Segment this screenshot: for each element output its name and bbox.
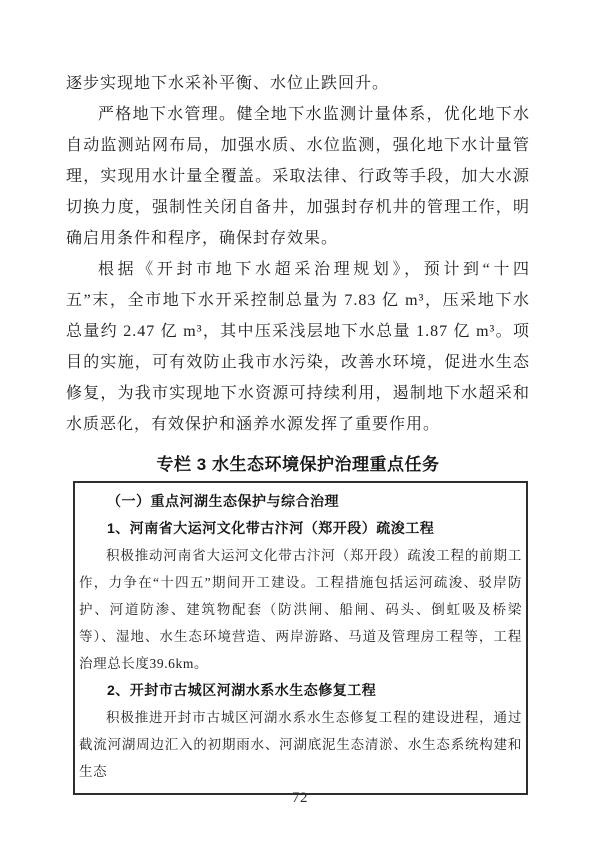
task-column-box: （一）重点河湖生态保护与综合治理 1、河南省大运河文化带古汴河（郑开段）疏浚工程… <box>73 481 528 795</box>
page-body: 逐步实现地下水采补平衡、水位止跌回升。 严格地下水管理。健全地下水监测计量体系，… <box>66 68 530 795</box>
document-page: 逐步实现地下水采补平衡、水位止跌回升。 严格地下水管理。健全地下水监测计量体系，… <box>0 0 600 848</box>
body-paragraph: 严格地下水管理。健全地下水监测计量体系，优化地下水自动监测站网布局，加强水质、水… <box>66 99 530 254</box>
section-paragraph: 积极推动河南省大运河文化带古汴河（郑开段）疏浚工程的前期工作，力争在“十四五”期… <box>79 542 522 677</box>
section-heading: （一）重点河湖生态保护与综合治理 <box>79 488 522 515</box>
page-number: 72 <box>0 790 600 807</box>
section-heading: 1、河南省大运河文化带古汴河（郑开段）疏浚工程 <box>79 515 522 542</box>
body-paragraph: 逐步实现地下水采补平衡、水位止跌回升。 <box>66 68 530 99</box>
section-paragraph: 积极推进开封市古城区河湖水系水生态修复工程的建设进程，通过截流河湖周边汇入的初期… <box>79 704 522 785</box>
column-box-title: 专栏 3 水生态环境保护治理重点任务 <box>66 450 530 475</box>
body-paragraph: 根据《开封市地下水超采治理规划》，预计到“十四五”末，全市地下水开采控制总量为 … <box>66 254 530 440</box>
section-heading: 2、开封市古城区河湖水系水生态修复工程 <box>79 677 522 704</box>
